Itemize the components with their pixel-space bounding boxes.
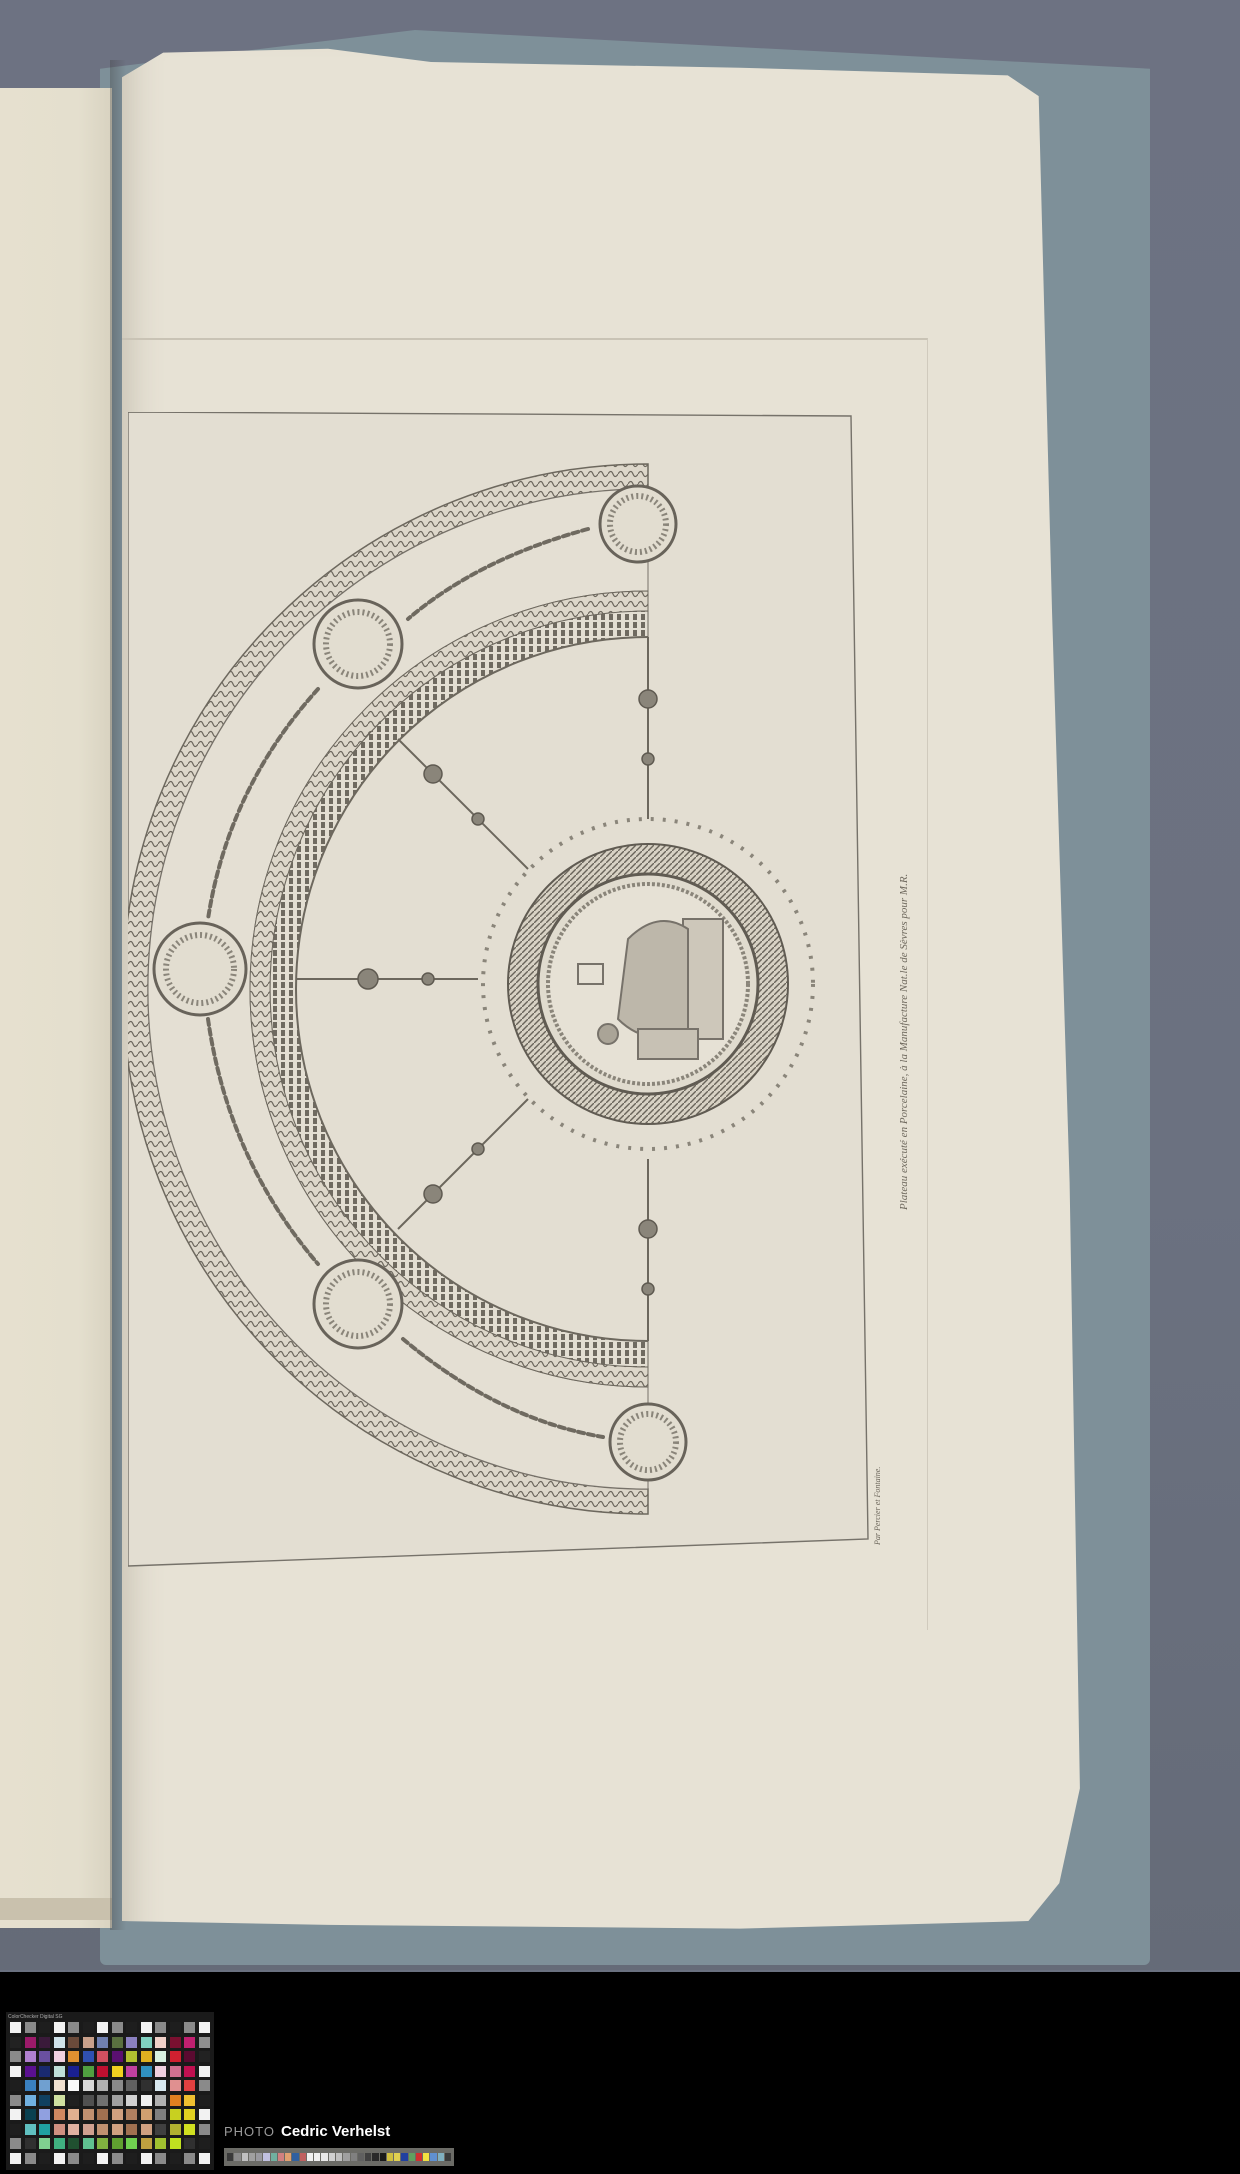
color-patch bbox=[68, 2051, 79, 2062]
color-patch bbox=[170, 2138, 181, 2149]
color-patch bbox=[97, 2037, 108, 2048]
color-patch bbox=[25, 2037, 36, 2048]
color-patch bbox=[141, 2153, 152, 2164]
color-patch bbox=[97, 2109, 108, 2120]
color-patch bbox=[112, 2138, 123, 2149]
color-patch bbox=[126, 2080, 137, 2091]
color-patch bbox=[199, 2037, 210, 2048]
color-patch bbox=[83, 2109, 94, 2120]
color-patch bbox=[25, 2109, 36, 2120]
color-patch bbox=[68, 2037, 79, 2048]
color-bar-patch bbox=[307, 2153, 313, 2161]
color-patch bbox=[10, 2080, 21, 2091]
color-patch bbox=[10, 2095, 21, 2106]
color-patch bbox=[112, 2051, 123, 2062]
color-patch bbox=[184, 2022, 195, 2033]
color-patch bbox=[184, 2037, 195, 2048]
color-patch bbox=[83, 2124, 94, 2135]
color-bar-patch bbox=[292, 2153, 298, 2161]
color-bar-patch bbox=[234, 2153, 240, 2161]
color-patch bbox=[199, 2066, 210, 2077]
color-patch bbox=[199, 2153, 210, 2164]
color-patch bbox=[83, 2037, 94, 2048]
color-bar-patch bbox=[409, 2153, 415, 2161]
color-patch bbox=[141, 2022, 152, 2033]
color-patch bbox=[112, 2109, 123, 2120]
color-patch bbox=[112, 2080, 123, 2091]
color-patch bbox=[141, 2095, 152, 2106]
color-bar-patch bbox=[242, 2153, 248, 2161]
color-patch bbox=[83, 2066, 94, 2077]
color-patch bbox=[25, 2022, 36, 2033]
color-patch bbox=[54, 2037, 65, 2048]
color-bar-patch bbox=[380, 2153, 386, 2161]
color-patch bbox=[141, 2051, 152, 2062]
color-patch bbox=[97, 2138, 108, 2149]
color-patch bbox=[54, 2138, 65, 2149]
color-patch bbox=[25, 2066, 36, 2077]
color-patch bbox=[97, 2095, 108, 2106]
color-patch bbox=[184, 2051, 195, 2062]
color-patch bbox=[126, 2109, 137, 2120]
color-patch bbox=[97, 2051, 108, 2062]
color-patch bbox=[112, 2022, 123, 2033]
color-patch bbox=[68, 2109, 79, 2120]
color-bar-patch bbox=[343, 2153, 349, 2161]
color-patch bbox=[25, 2124, 36, 2135]
plate-caption: Plateau exécuté en Porcelaine, à la Manu… bbox=[898, 874, 910, 1210]
color-bar-patch bbox=[249, 2153, 255, 2161]
color-patch bbox=[155, 2051, 166, 2062]
color-patch bbox=[68, 2095, 79, 2106]
color-patch bbox=[10, 2153, 21, 2164]
left-page bbox=[0, 88, 112, 1928]
color-patch bbox=[39, 2066, 50, 2077]
color-patch bbox=[39, 2080, 50, 2091]
color-patch bbox=[170, 2022, 181, 2033]
color-patch bbox=[10, 2109, 21, 2120]
color-patch bbox=[199, 2095, 210, 2106]
color-patch bbox=[184, 2124, 195, 2135]
color-patch bbox=[83, 2022, 94, 2033]
color-patch bbox=[184, 2138, 195, 2149]
color-patch bbox=[170, 2051, 181, 2062]
color-patch bbox=[199, 2124, 210, 2135]
color-patch bbox=[54, 2022, 65, 2033]
color-patch bbox=[155, 2080, 166, 2091]
color-patch bbox=[54, 2153, 65, 2164]
engraved-plate bbox=[128, 412, 873, 1572]
color-bar-patch bbox=[227, 2153, 233, 2161]
color-bar-patch bbox=[401, 2153, 407, 2161]
color-patch bbox=[97, 2022, 108, 2033]
color-patch bbox=[155, 2109, 166, 2120]
color-bar-patch bbox=[387, 2153, 393, 2161]
color-patch bbox=[155, 2124, 166, 2135]
color-patch bbox=[83, 2095, 94, 2106]
color-patch bbox=[184, 2080, 195, 2091]
color-patch bbox=[126, 2022, 137, 2033]
color-patch bbox=[97, 2124, 108, 2135]
color-patch bbox=[170, 2109, 181, 2120]
color-patch bbox=[155, 2066, 166, 2077]
color-patch bbox=[126, 2037, 137, 2048]
color-bar-patch bbox=[329, 2153, 335, 2161]
color-patch bbox=[68, 2022, 79, 2033]
color-bar-patch bbox=[256, 2153, 262, 2161]
color-bar-patch bbox=[372, 2153, 378, 2161]
color-patch bbox=[97, 2066, 108, 2077]
color-patch bbox=[39, 2095, 50, 2106]
color-patch bbox=[39, 2022, 50, 2033]
color-bar-patch bbox=[263, 2153, 269, 2161]
color-bar-patch bbox=[278, 2153, 284, 2161]
photographer-name: Cedric Verhelst bbox=[281, 2123, 390, 2140]
color-patch bbox=[126, 2095, 137, 2106]
color-patch bbox=[54, 2124, 65, 2135]
color-patch bbox=[141, 2138, 152, 2149]
color-patch bbox=[126, 2124, 137, 2135]
color-patch bbox=[170, 2095, 181, 2106]
color-patch bbox=[112, 2066, 123, 2077]
left-page-edge bbox=[0, 1898, 112, 1920]
color-patch bbox=[199, 2138, 210, 2149]
color-patch bbox=[126, 2051, 137, 2062]
color-bar-patch bbox=[445, 2153, 451, 2161]
color-patch bbox=[126, 2138, 137, 2149]
color-patch bbox=[10, 2124, 21, 2135]
color-patch bbox=[155, 2138, 166, 2149]
engraver-credit: Par Percier et Fontaine. bbox=[873, 1467, 882, 1545]
color-bar-patch bbox=[438, 2153, 444, 2161]
color-patch bbox=[155, 2037, 166, 2048]
color-patch bbox=[112, 2124, 123, 2135]
color-patch bbox=[170, 2080, 181, 2091]
color-patch bbox=[25, 2080, 36, 2091]
photo-credit: PHOTOCedric Verhelst bbox=[224, 2123, 390, 2140]
color-patch bbox=[10, 2022, 21, 2033]
color-patch bbox=[112, 2095, 123, 2106]
color-patch bbox=[170, 2153, 181, 2164]
color-patch bbox=[184, 2095, 195, 2106]
color-checker-grid bbox=[10, 2022, 212, 2166]
color-bar-patch bbox=[300, 2153, 306, 2161]
color-patch bbox=[39, 2037, 50, 2048]
color-patch bbox=[184, 2066, 195, 2077]
color-patch bbox=[39, 2109, 50, 2120]
color-patch bbox=[25, 2153, 36, 2164]
color-patch bbox=[68, 2153, 79, 2164]
color-bar-patch bbox=[271, 2153, 277, 2161]
color-patch bbox=[83, 2051, 94, 2062]
color-bar-patch bbox=[321, 2153, 327, 2161]
color-bar-patch bbox=[351, 2153, 357, 2161]
color-patch bbox=[170, 2066, 181, 2077]
color-bar-patch bbox=[358, 2153, 364, 2161]
color-patch bbox=[155, 2095, 166, 2106]
color-bar-patch bbox=[314, 2153, 320, 2161]
color-patch bbox=[54, 2080, 65, 2091]
color-patch bbox=[199, 2051, 210, 2062]
color-patch bbox=[68, 2138, 79, 2149]
color-patch bbox=[141, 2124, 152, 2135]
color-patch bbox=[54, 2109, 65, 2120]
color-patch bbox=[39, 2124, 50, 2135]
color-patch bbox=[25, 2138, 36, 2149]
color-patch bbox=[97, 2153, 108, 2164]
color-patch bbox=[39, 2153, 50, 2164]
color-patch bbox=[155, 2022, 166, 2033]
color-patch bbox=[83, 2138, 94, 2149]
color-patch bbox=[97, 2080, 108, 2091]
color-patch bbox=[68, 2080, 79, 2091]
color-patch bbox=[83, 2153, 94, 2164]
color-bar-patch bbox=[394, 2153, 400, 2161]
color-patch bbox=[25, 2095, 36, 2106]
color-patch bbox=[155, 2153, 166, 2164]
color-bar-patch bbox=[416, 2153, 422, 2161]
color-bar-patch bbox=[423, 2153, 429, 2161]
color-patch bbox=[112, 2153, 123, 2164]
color-patch bbox=[141, 2066, 152, 2077]
color-patch bbox=[54, 2095, 65, 2106]
color-patch bbox=[184, 2109, 195, 2120]
color-bar-patch bbox=[285, 2153, 291, 2161]
grey-scale-color-bar bbox=[224, 2148, 454, 2166]
color-bar-patch bbox=[430, 2153, 436, 2161]
color-patch bbox=[68, 2124, 79, 2135]
color-patch bbox=[10, 2051, 21, 2062]
color-patch bbox=[141, 2080, 152, 2091]
color-patch bbox=[141, 2037, 152, 2048]
color-patch bbox=[10, 2037, 21, 2048]
color-patch bbox=[68, 2066, 79, 2077]
color-checker-label: ColorChecker Digital SG bbox=[8, 2014, 62, 2020]
color-patch bbox=[199, 2080, 210, 2091]
color-patch bbox=[39, 2138, 50, 2149]
color-bar-patch bbox=[336, 2153, 342, 2161]
color-patch bbox=[83, 2080, 94, 2091]
color-patch bbox=[126, 2066, 137, 2077]
color-patch bbox=[39, 2051, 50, 2062]
color-patch bbox=[170, 2124, 181, 2135]
color-patch bbox=[10, 2066, 21, 2077]
color-patch bbox=[112, 2037, 123, 2048]
color-patch bbox=[170, 2037, 181, 2048]
color-patch bbox=[54, 2051, 65, 2062]
color-patch bbox=[10, 2138, 21, 2149]
color-patch bbox=[141, 2109, 152, 2120]
color-patch bbox=[126, 2153, 137, 2164]
color-patch bbox=[25, 2051, 36, 2062]
color-patch bbox=[199, 2022, 210, 2033]
color-patch bbox=[54, 2066, 65, 2077]
color-bar-patch bbox=[365, 2153, 371, 2161]
color-patch bbox=[199, 2109, 210, 2120]
photo-label: PHOTO bbox=[224, 2124, 275, 2139]
color-patch bbox=[184, 2153, 195, 2164]
